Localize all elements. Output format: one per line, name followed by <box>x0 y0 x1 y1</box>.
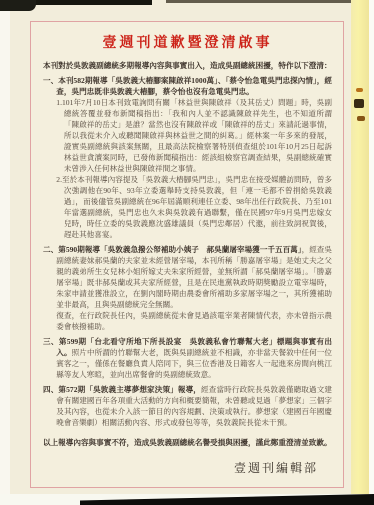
scan-speck <box>354 99 364 108</box>
scan-edge-right <box>369 0 374 505</box>
section-4-heading-text: 四、第572期「吳敦義主導夢想家決策」報導， <box>43 385 201 394</box>
apology-notice-box: 壹週刊道歉暨澄清啟事 本刊對於吳敦義副總統多期報導內容與事實出入，造成吳副總統困… <box>30 21 344 488</box>
section-1-heading-text: 一、本刊582期報導「吳敦義大樁腳案陳啟祥1000萬」、「蔡令怡急電吳門忠探內情… <box>43 76 332 96</box>
section-4-heading: 四、第572期「吳敦義主導夢想家決策」報導，經查當時行政院長吳敦義僅聽取過文建會… <box>43 384 332 428</box>
section-1-item-2: 2.至於本刊報導內容提及「吳敦義大樁腳吳門忠」，吳門忠在接受媒體訪問時，曾多次強… <box>56 174 332 240</box>
intro-paragraph: 本刊對於吳敦義副總統多期報導內容與事實出入，造成吳副總統困擾，特作以下澄清： <box>43 60 332 71</box>
scan-page-edge-yellow <box>351 0 369 505</box>
scanned-document: { "document": { "title": "壹週刊道歉暨澄清啟事", "… <box>0 0 374 505</box>
section-2-item-1: 復查，在行政院長任內，吳副總統從未會見過該電宰業者陳情代表，亦未曾指示農委會核撥… <box>56 310 332 332</box>
section-2-body-text: ，經查吳副總統妻妹郝吳蘭的夫家並未經營屠宰場，本刊所稱「勝嘉屠宰場」是她丈夫之父… <box>56 245 332 309</box>
signature-editorial-dept: 壹週刊編輯部 <box>43 459 332 476</box>
section-1-heading: 一、本刊582期報導「吳敦義大樁腳案陳啟祥1000萬」、「蔡令怡急電吳門忠探內情… <box>43 75 332 97</box>
section-3-body-text: 照片中所謂的竹聯幫大老，既與吳副總統並不相識，亦非當天餐敘中任何一位賓客之一，僅… <box>56 348 332 379</box>
scan-edge-left <box>0 5 10 505</box>
section-2-heading: 二、第590期報導「吳敦義急撥公帑補助小姨子 郝吳蘭屠宰場獲一千五百萬」，經查吳… <box>43 244 332 310</box>
section-3-heading: 三、第599期「台北看守所地下所長設宴 吳敦義私會竹聯幫大老」標題與事實有出入。… <box>43 336 332 380</box>
section-2-heading-text: 二、第590期報導「吳敦義急撥公帑補助小姨子 郝吳蘭屠宰場獲一千五百萬」 <box>43 245 302 254</box>
scan-speck <box>357 116 365 121</box>
scan-edge-top-right <box>166 0 374 3</box>
section-1-item-1: 1.101年7月10日本刊致電詢問有關「林益世與陳啟祥（及其岳丈）問題」時，吳副… <box>56 97 332 174</box>
notice-title: 壹週刊道歉暨澄清啟事 <box>43 32 332 52</box>
scan-corner-blob <box>0 0 36 11</box>
scan-speck <box>356 88 363 92</box>
closing-statement: 以上報導內容與事實不符，造成吳敦義副總統名譽受損與困擾，謹此鄭重澄清並致歉。 <box>43 437 332 448</box>
